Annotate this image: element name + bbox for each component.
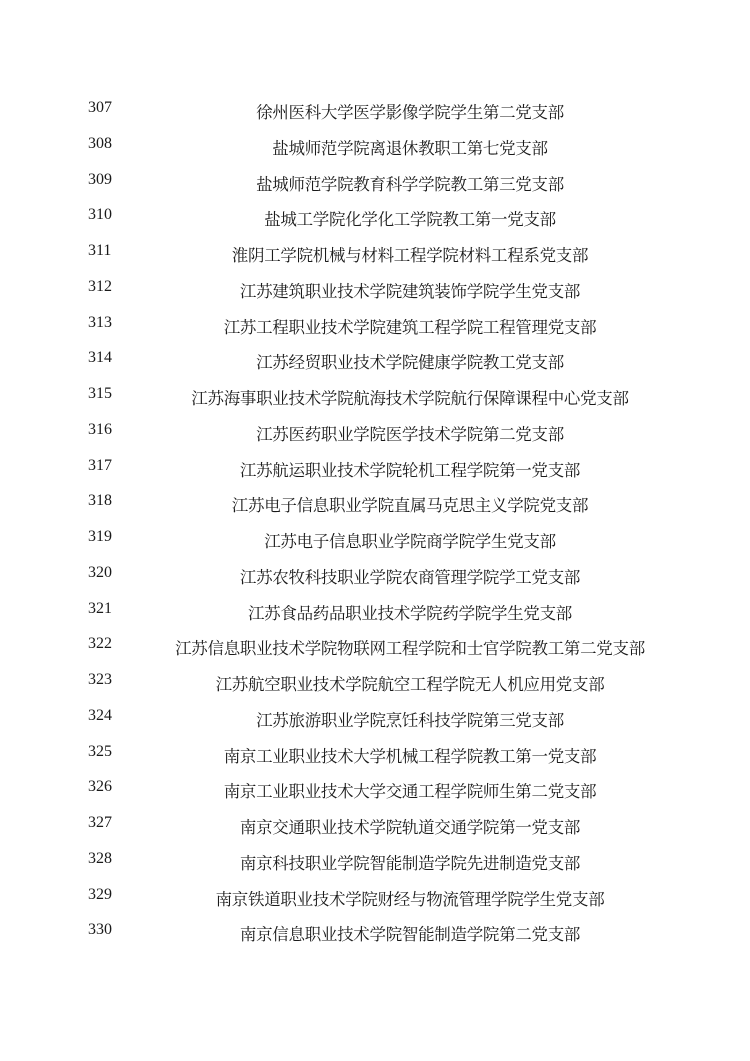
list-item: 326南京工业职业技术大学交通工程学院师生第二党支部 <box>0 772 750 808</box>
item-number: 313 <box>88 314 112 332</box>
item-name: 江苏食品药品职业技术学院药学院学生党支部 <box>110 600 710 624</box>
list-item: 328南京科技职业学院智能制造学院先进制造党支部 <box>0 844 750 880</box>
item-number: 309 <box>88 171 112 189</box>
item-number: 316 <box>88 421 112 439</box>
item-name: 盐城工学院化学化工学院教工第一党支部 <box>110 206 710 230</box>
item-name: 江苏电子信息职业学院直属马克思主义学院党支部 <box>110 492 710 516</box>
item-number: 307 <box>88 99 112 117</box>
item-number: 327 <box>88 814 112 832</box>
list-item: 312江苏建筑职业技术学院建筑装饰学院学生党支部 <box>0 272 750 308</box>
party-branch-list: 307徐州医科大学医学影像学院学生第二党支部 308盐城师范学院离退休教职工第七… <box>0 93 750 951</box>
list-item: 325南京工业职业技术大学机械工程学院教工第一党支部 <box>0 737 750 773</box>
item-name: 南京信息职业技术学院智能制造学院第二党支部 <box>110 921 710 945</box>
list-item: 320江苏农牧科技职业学院农商管理学院学工党支部 <box>0 558 750 594</box>
item-name: 江苏医药职业学院医学技术学院第二党支部 <box>110 421 710 445</box>
item-number: 324 <box>88 707 112 725</box>
item-number: 319 <box>88 528 112 546</box>
item-number: 312 <box>88 278 112 296</box>
list-item: 309盐城师范学院教育科学学院教工第三党支部 <box>0 165 750 201</box>
item-number: 328 <box>88 850 112 868</box>
item-name: 江苏农牧科技职业学院农商管理学院学工党支部 <box>110 564 710 588</box>
list-item: 324江苏旅游职业学院烹饪科技学院第三党支部 <box>0 701 750 737</box>
item-number: 326 <box>88 778 112 796</box>
list-item: 307徐州医科大学医学影像学院学生第二党支部 <box>0 93 750 129</box>
list-item: 322江苏信息职业技术学院物联网工程学院和士官学院教工第二党支部 <box>0 629 750 665</box>
list-item: 330南京信息职业技术学院智能制造学院第二党支部 <box>0 915 750 951</box>
list-item: 323江苏航空职业技术学院航空工程学院无人机应用党支部 <box>0 665 750 701</box>
list-item: 321江苏食品药品职业技术学院药学院学生党支部 <box>0 594 750 630</box>
item-name: 盐城师范学院教育科学学院教工第三党支部 <box>110 171 710 195</box>
list-item: 314江苏经贸职业技术学院健康学院教工党支部 <box>0 343 750 379</box>
item-name: 江苏建筑职业技术学院建筑装饰学院学生党支部 <box>110 278 710 302</box>
list-item: 318江苏电子信息职业学院直属马克思主义学院党支部 <box>0 486 750 522</box>
list-item: 327南京交通职业技术学院轨道交通学院第一党支部 <box>0 808 750 844</box>
item-number: 325 <box>88 743 112 761</box>
item-name: 江苏工程职业技术学院建筑工程学院工程管理党支部 <box>110 314 710 338</box>
item-number: 318 <box>88 492 112 510</box>
list-item: 319江苏电子信息职业学院商学院学生党支部 <box>0 522 750 558</box>
list-item: 315江苏海事职业技术学院航海技术学院航行保障课程中心党支部 <box>0 379 750 415</box>
item-name: 江苏电子信息职业学院商学院学生党支部 <box>110 528 710 552</box>
item-name: 江苏经贸职业技术学院健康学院教工党支部 <box>110 349 710 373</box>
item-name: 江苏海事职业技术学院航海技术学院航行保障课程中心党支部 <box>110 385 710 409</box>
item-number: 317 <box>88 457 112 475</box>
item-name: 南京交通职业技术学院轨道交通学院第一党支部 <box>110 814 710 838</box>
item-number: 320 <box>88 564 112 582</box>
list-item: 308盐城师范学院离退休教职工第七党支部 <box>0 129 750 165</box>
item-number: 321 <box>88 600 112 618</box>
item-name: 盐城师范学院离退休教职工第七党支部 <box>110 135 710 159</box>
item-name: 江苏航空职业技术学院航空工程学院无人机应用党支部 <box>110 671 710 695</box>
list-item: 317江苏航运职业技术学院轮机工程学院第一党支部 <box>0 451 750 487</box>
item-name: 江苏信息职业技术学院物联网工程学院和士官学院教工第二党支部 <box>110 635 710 659</box>
item-name: 南京科技职业学院智能制造学院先进制造党支部 <box>110 850 710 874</box>
list-item: 313江苏工程职业技术学院建筑工程学院工程管理党支部 <box>0 308 750 344</box>
item-number: 330 <box>88 921 112 939</box>
list-item: 329南京铁道职业技术学院财经与物流管理学院学生党支部 <box>0 880 750 916</box>
item-name: 江苏旅游职业学院烹饪科技学院第三党支部 <box>110 707 710 731</box>
list-item: 310盐城工学院化学化工学院教工第一党支部 <box>0 200 750 236</box>
item-name: 南京工业职业技术大学交通工程学院师生第二党支部 <box>110 778 710 802</box>
item-name: 徐州医科大学医学影像学院学生第二党支部 <box>110 99 710 123</box>
item-number: 323 <box>88 671 112 689</box>
item-number: 322 <box>88 635 112 653</box>
item-number: 308 <box>88 135 112 153</box>
list-item: 311淮阴工学院机械与材料工程学院材料工程系党支部 <box>0 236 750 272</box>
item-number: 314 <box>88 349 112 367</box>
list-item: 316江苏医药职业学院医学技术学院第二党支部 <box>0 415 750 451</box>
item-number: 329 <box>88 886 112 904</box>
item-number: 315 <box>88 385 112 403</box>
item-name: 南京铁道职业技术学院财经与物流管理学院学生党支部 <box>110 886 710 910</box>
item-name: 淮阴工学院机械与材料工程学院材料工程系党支部 <box>110 242 710 266</box>
item-name: 江苏航运职业技术学院轮机工程学院第一党支部 <box>110 457 710 481</box>
item-number: 310 <box>88 206 112 224</box>
item-name: 南京工业职业技术大学机械工程学院教工第一党支部 <box>110 743 710 767</box>
item-number: 311 <box>88 242 111 260</box>
